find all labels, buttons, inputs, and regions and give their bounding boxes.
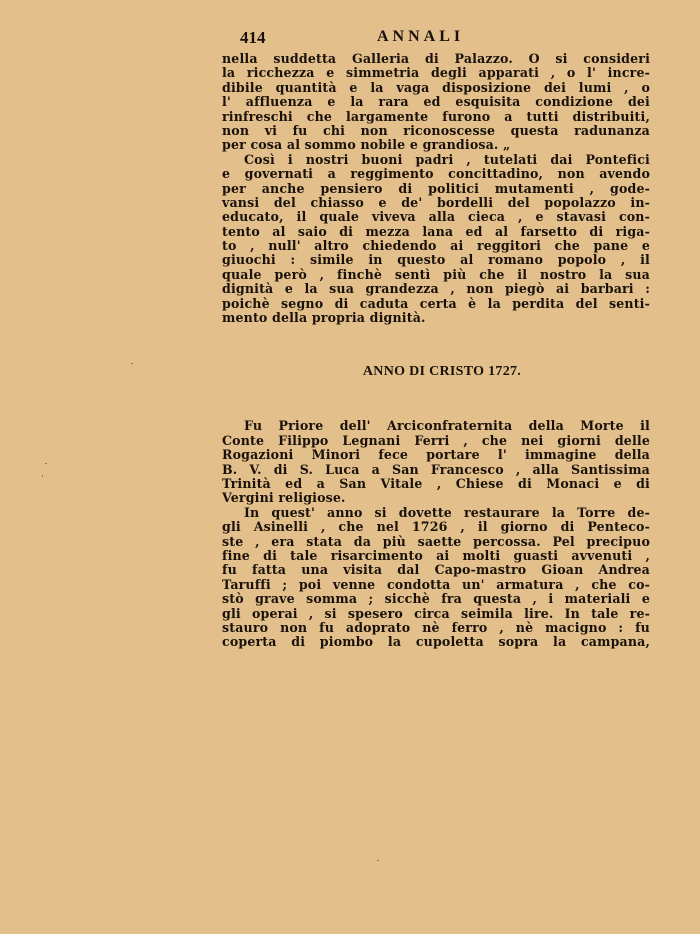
running-title: ANNALI <box>377 28 464 46</box>
paragraph-priore: Fu Priore dell' Arciconfraternita della … <box>222 419 650 505</box>
book-page: 414 ANNALI nella suddetta Galleria di Pa… <box>222 26 650 650</box>
scan-speck <box>45 463 47 464</box>
text-line: per cosa al sommo nobile e grandiosa. „ <box>222 138 650 152</box>
text-line: vansi del chiasso e de' bordelli del pop… <box>222 196 650 210</box>
scan-speck <box>42 475 43 477</box>
scan-speck <box>377 860 379 861</box>
text-line: dibile quantità e la vaga disposizione d… <box>222 81 650 95</box>
text-line: la ricchezza e simmetria degli apparati … <box>222 66 650 80</box>
text-line: non vi fu chi non riconoscesse questa ra… <box>222 124 650 138</box>
section-heading: ANNO DI CRISTO 1727. <box>222 363 650 381</box>
text-line: Così i nostri buoni padri , tutelati dai… <box>222 153 650 167</box>
paragraph-torre: In quest' anno si dovette restaurare la … <box>222 506 650 650</box>
text-line: giuochi : simile in questo al romano pop… <box>222 253 650 267</box>
text-line: mento della propria dignità. <box>222 311 650 325</box>
text-line: poichè segno di caduta certa è la perdit… <box>222 297 650 311</box>
text-line: Taruffi ; poi venne condotta un' armatur… <box>222 578 650 592</box>
text-line: dignità e la sua grandezza , non piegò a… <box>222 282 650 296</box>
text-line: l' affluenza e la rara ed esquisita cond… <box>222 95 650 109</box>
text-line: quale però , finchè sentì più che il nos… <box>222 268 650 282</box>
page-header: 414 ANNALI <box>222 26 650 52</box>
text-line: stauro non fu adoprato nè ferro , nè mac… <box>222 621 650 635</box>
text-line: per anche pensiero di politici mutamenti… <box>222 182 650 196</box>
text-line: ste , era stata da più saette percossa. … <box>222 535 650 549</box>
paragraph-continuation: nella suddetta Galleria di Palazzo. O si… <box>222 52 650 153</box>
text-line: Conte Filippo Legnani Ferri , che nei gi… <box>222 434 650 448</box>
text-line: to , null' altro chiedendo ai reggitori … <box>222 239 650 253</box>
text-line: gli Asinelli , che nel 1726 , il giorno … <box>222 520 650 534</box>
text-line: Rogazioni Minori fece portare l' immagin… <box>222 448 650 462</box>
text-line: Fu Priore dell' Arciconfraternita della … <box>222 419 650 433</box>
paragraph-cosi: Così i nostri buoni padri , tutelati dai… <box>222 153 650 326</box>
text-line: rinfreschi che largamente furono a tutti… <box>222 110 650 124</box>
page-number: 414 <box>240 28 266 48</box>
scan-speck <box>131 363 133 364</box>
text-line: nella suddetta Galleria di Palazzo. O si… <box>222 52 650 66</box>
text-line: fu fatta una visita dal Capo-mastro Gioa… <box>222 563 650 577</box>
text-line: stò grave somma ; sicchè fra questa , i … <box>222 592 650 606</box>
scan-speck <box>615 482 617 483</box>
text-line: coperta di piombo la cupoletta sopra la … <box>222 635 650 649</box>
text-line: gli operai , si spesero circa seimila li… <box>222 607 650 621</box>
text-line: In quest' anno si dovette restaurare la … <box>222 506 650 520</box>
text-line: fine di tale risarcimento ai molti guast… <box>222 549 650 563</box>
text-line: Trinità ed a San Vitale , Chiese di Mona… <box>222 477 650 491</box>
text-line: B. V. di S. Luca a San Francesco , alla … <box>222 463 650 477</box>
text-line: educato, il quale viveva alla cieca , e … <box>222 210 650 224</box>
text-line: tento al saio di mezza lana ed al farset… <box>222 225 650 239</box>
text-line: e governati a reggimento concittadino, n… <box>222 167 650 181</box>
text-line: Vergini religiose. <box>222 491 650 505</box>
